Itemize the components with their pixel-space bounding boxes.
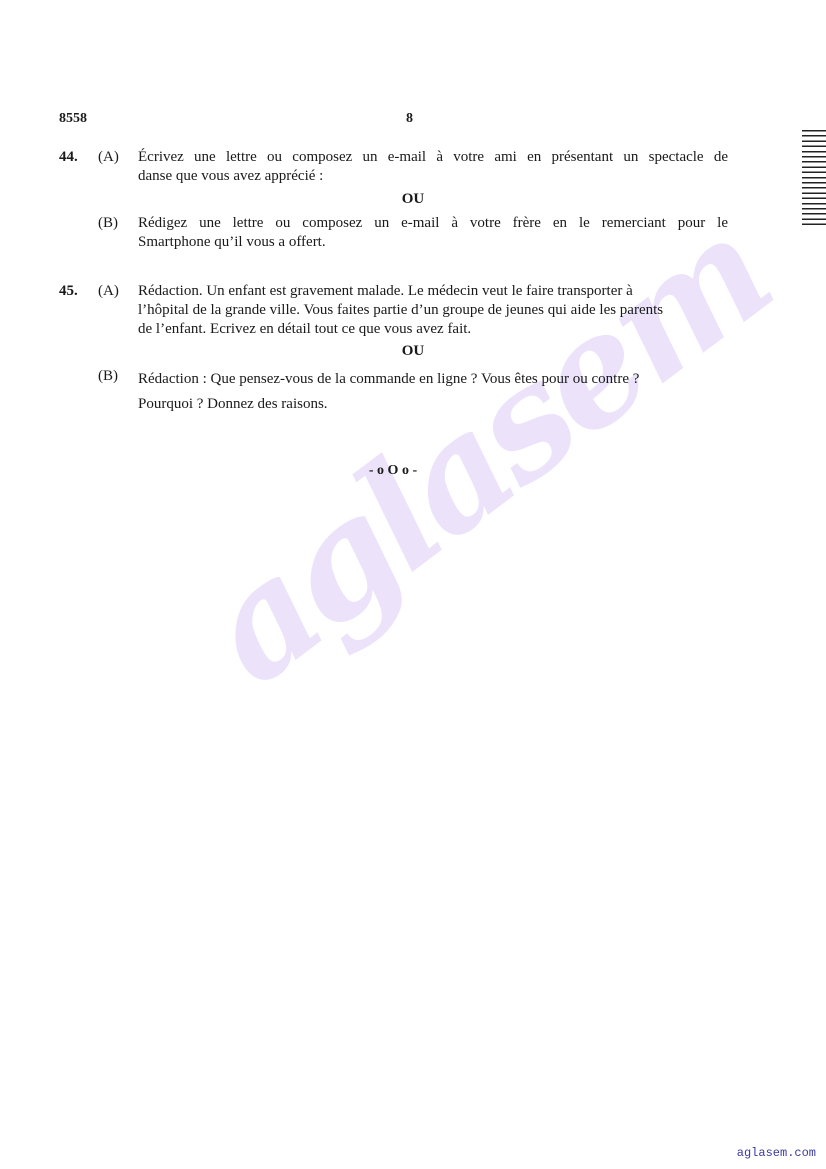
option-label: (B) <box>98 214 118 233</box>
text-line: Pourquoi ? Donnez des raisons. <box>138 392 738 417</box>
option-text: Rédigez une lettre ou composez un e-mail… <box>138 214 728 252</box>
option-text: Écrivez une lettre ou composez un e-mail… <box>138 148 728 186</box>
barcode-icon <box>802 130 826 228</box>
option-label: (B) <box>98 367 118 386</box>
paper-code: 8558 <box>59 111 87 127</box>
text-line: Rédaction. Un enfant est gravement malad… <box>138 282 738 301</box>
page-number: 8 <box>406 111 413 127</box>
text-line: Rédigez une lettre ou composez un e-mail… <box>138 214 728 233</box>
or-separator: OU <box>0 343 826 360</box>
option-label: (A) <box>98 282 119 301</box>
option-text: Rédaction. Un enfant est gravement malad… <box>138 282 738 339</box>
option-label: (A) <box>98 148 119 167</box>
watermark-text: aglasem <box>172 185 799 718</box>
text-line: danse que vous avez apprécié : <box>138 167 728 186</box>
text-line: de l’enfant. Ecrivez en détail tout ce q… <box>138 320 738 339</box>
text-line: Écrivez une lettre ou composez un e-mail… <box>138 148 728 167</box>
text-line: Rédaction : Que pensez-vous de la comman… <box>138 367 738 392</box>
question-number: 44. <box>59 148 78 167</box>
or-separator: OU <box>0 191 826 208</box>
text-line: l’hôpital de la grande ville. Vous faite… <box>138 301 738 320</box>
text-line: Smartphone qu’il vous a offert. <box>138 233 728 252</box>
footer-site-link[interactable]: aglasem.com <box>737 1146 816 1160</box>
watermark: aglasem <box>215 450 675 790</box>
option-text: Rédaction : Que pensez-vous de la comman… <box>138 367 738 417</box>
end-of-paper-mark: - o O o - <box>0 463 786 479</box>
question-number: 45. <box>59 282 78 301</box>
